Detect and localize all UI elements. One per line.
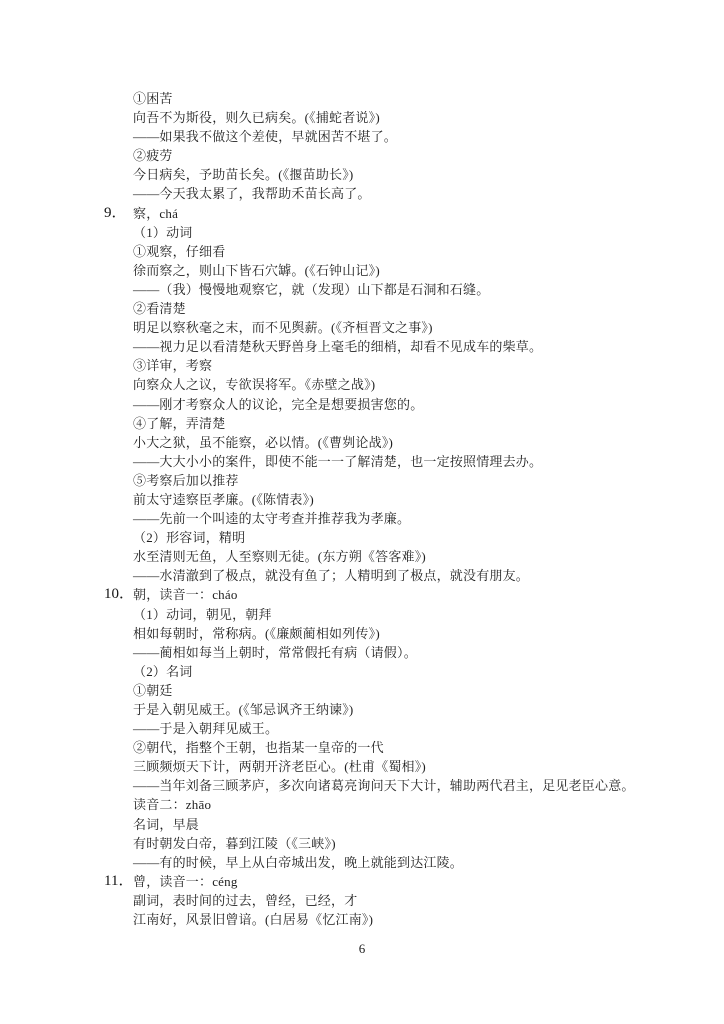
text-line: 明足以察秋毫之末，而不见舆薪。(《齐桓晋文之事》) — [0, 318, 724, 337]
line-text: ——大大小小的案件，即使不能一一了解清楚，也一定按照情理去办。 — [133, 452, 542, 471]
text-line: ——水清澈到了极点，就没有鱼了；人精明到了极点，就没有朋友。 — [0, 566, 724, 585]
text-line: ①朝廷 — [0, 681, 724, 700]
line-text: ⑤考察后加以推荐 — [133, 471, 239, 490]
line-text: 向吾不为斯役，则久已病矣。(《捕蛇者说》) — [133, 108, 380, 127]
text-line: ——今天我太累了，我帮助禾苗长高了。 — [0, 184, 724, 203]
entry-heading-line: 10．朝，读音一：cháo — [0, 585, 724, 604]
line-text: ①观察，仔细看 — [133, 242, 225, 261]
line-text: ③详审，考察 — [133, 356, 212, 375]
text-line: ——视力足以看清楚秋天野兽身上毫毛的细梢，却看不见成车的柴草。 — [0, 337, 724, 356]
document-body: ①困苦向吾不为斯役，则久已病矣。(《捕蛇者说》)——如果我不做这个差使，早就困苦… — [0, 89, 724, 929]
line-text: 三顾频烦天下计，两朝开济老臣心。(杜甫《蜀相》) — [133, 757, 426, 776]
line-text: 名词，早晨 — [133, 815, 199, 834]
text-line: 水至清则无鱼，人至察则无徒。(东方朔《答客难》) — [0, 547, 724, 566]
text-line: 江南好，风景旧曾谙。(白居易《忆江南》) — [0, 910, 724, 929]
line-text: 水至清则无鱼，人至察则无徒。(东方朔《答客难》) — [133, 547, 426, 566]
text-line: 名词，早晨 — [0, 815, 724, 834]
entry-number: 11． — [104, 872, 133, 891]
text-line: ②朝代，指整个王朝，也指某一皇帝的一代 — [0, 738, 724, 757]
line-text: ②看清楚 — [133, 299, 186, 318]
text-line: 副词，表时间的过去，曾经，已经，才 — [0, 891, 724, 910]
text-line: ——（我）慢慢地观察它，就（发现）山下都是石洞和石缝。 — [0, 280, 724, 299]
text-line: 徐而察之，则山下皆石穴罅。(《石钟山记》) — [0, 261, 724, 280]
text-line: （2）形容词，精明 — [0, 528, 724, 547]
line-text: ——今天我太累了，我帮助禾苗长高了。 — [133, 184, 371, 203]
entry-heading-line: 11．曾，读音一：céng — [0, 872, 724, 891]
line-text: 有时朝发白帝，暮到江陵（《三峡》) — [133, 834, 336, 853]
text-line: ③详审，考察 — [0, 356, 724, 375]
entry-number: 10． — [104, 585, 134, 604]
line-text: 小大之狱，虽不能察，必以情。(《曹刿论战》) — [133, 433, 393, 452]
text-line: ②疲劳 — [0, 146, 724, 165]
document-page: ①困苦向吾不为斯役，则久已病矣。(《捕蛇者说》)——如果我不做这个差使，早就困苦… — [0, 0, 724, 1024]
text-line: ——先前一个叫逵的太守考查并推荐我为孝廉。 — [0, 509, 724, 528]
line-text: 明足以察秋毫之末，而不见舆薪。(《齐桓晋文之事》) — [133, 318, 433, 337]
line-text: 今日病矣，予助苗长矣。(《揠苗助长》) — [133, 165, 353, 184]
line-text: ②疲劳 — [133, 146, 173, 165]
text-line: 相如每朝时，常称病。(《廉颇蔺相如列传》) — [0, 624, 724, 643]
text-line: ——蔺相如每当上朝时，常常假托有病（请假）。 — [0, 643, 724, 662]
text-line: ——于是入朝拜见威王。 — [0, 719, 724, 738]
line-text: 曾，读音一：céng — [133, 872, 238, 891]
entry-number: 9． — [104, 204, 127, 223]
text-line: 小大之狱，虽不能察，必以情。(《曹刿论战》) — [0, 433, 724, 452]
text-line: 三顾频烦天下计，两朝开济老臣心。(杜甫《蜀相》) — [0, 757, 724, 776]
line-text: 读音二：zhāo — [133, 795, 211, 814]
text-line: ②看清楚 — [0, 299, 724, 318]
line-text: （2）形容词，精明 — [133, 528, 245, 547]
line-text: 察，chá — [133, 204, 178, 223]
line-text: ——（我）慢慢地观察它，就（发现）山下都是石洞和石缝。 — [133, 280, 489, 299]
text-line: 向吾不为斯役，则久已病矣。(《捕蛇者说》) — [0, 108, 724, 127]
text-line: 向察众人之议，专欲误将军。《赤壁之战》) — [0, 375, 724, 394]
text-line: ⑤考察后加以推荐 — [0, 471, 724, 490]
line-text: ——水清澈到了极点，就没有鱼了；人精明到了极点，就没有朋友。 — [133, 566, 529, 585]
line-text: ①困苦 — [133, 89, 173, 108]
line-text: ——当年刘备三顾茅庐，多次向诸葛亮询问天下大计，辅助两代君主，足见老臣心意。 — [133, 776, 635, 795]
entry-heading-line: 9．察，chá — [0, 204, 724, 223]
text-line: 有时朝发白帝，暮到江陵（《三峡》) — [0, 834, 724, 853]
line-text: （1）动词 — [133, 223, 193, 242]
line-text: ——于是入朝拜见威王。 — [133, 719, 278, 738]
line-text: 于是入朝见威王。(《邹忌讽齐王纳谏》) — [133, 700, 353, 719]
line-text: ④了解，弄清楚 — [133, 414, 225, 433]
text-line: ——大大小小的案件，即使不能一一了解清楚，也一定按照情理去办。 — [0, 452, 724, 471]
line-text: ——有的时候，早上从白帝城出发，晚上就能到达江陵。 — [133, 853, 463, 872]
text-line: ——刚才考察众人的议论，完全是想要损害您的。 — [0, 395, 724, 414]
text-line: 今日病矣，予助苗长矣。(《揠苗助长》) — [0, 165, 724, 184]
text-line: 读音二：zhāo — [0, 795, 724, 814]
line-text: 徐而察之，则山下皆石穴罅。(《石钟山记》) — [133, 261, 380, 280]
line-text: ——先前一个叫逵的太守考查并推荐我为孝廉。 — [133, 509, 410, 528]
text-line: ——如果我不做这个差使，早就困苦不堪了。 — [0, 127, 724, 146]
text-line: ①观察，仔细看 — [0, 242, 724, 261]
line-text: ——蔺相如每当上朝时，常常假托有病（请假）。 — [133, 643, 417, 662]
text-line: （1）动词，朝见，朝拜 — [0, 605, 724, 624]
line-text: （1）动词，朝见，朝拜 — [133, 605, 272, 624]
line-text: 朝，读音一：cháo — [133, 585, 238, 604]
text-line: ④了解，弄清楚 — [0, 414, 724, 433]
text-line: （1）动词 — [0, 223, 724, 242]
line-text: 副词，表时间的过去，曾经，已经，才 — [133, 891, 357, 910]
page-number: 6 — [0, 941, 724, 957]
line-text: 江南好，风景旧曾谙。(白居易《忆江南》) — [133, 910, 373, 929]
line-text: ①朝廷 — [133, 681, 173, 700]
text-line: （2）名词 — [0, 662, 724, 681]
line-text: 相如每朝时，常称病。(《廉颇蔺相如列传》) — [133, 624, 380, 643]
line-text: ——视力足以看清楚秋天野兽身上毫毛的细梢，却看不见成车的柴草。 — [133, 337, 542, 356]
line-text: 向察众人之议，专欲误将军。《赤壁之战》) — [133, 375, 375, 394]
line-text: ——如果我不做这个差使，早就困苦不堪了。 — [133, 127, 397, 146]
text-line: 前太守逵察臣孝廉。(《陈情表》) — [0, 490, 724, 509]
line-text: ——刚才考察众人的议论，完全是想要损害您的。 — [133, 395, 423, 414]
line-text: ②朝代，指整个王朝，也指某一皇帝的一代 — [133, 738, 384, 757]
line-text: （2）名词 — [133, 662, 193, 681]
text-line: ——当年刘备三顾茅庐，多次向诸葛亮询问天下大计，辅助两代君主，足见老臣心意。 — [0, 776, 724, 795]
text-line: 于是入朝见威王。(《邹忌讽齐王纳谏》) — [0, 700, 724, 719]
text-line: ①困苦 — [0, 89, 724, 108]
line-text: 前太守逵察臣孝廉。(《陈情表》) — [133, 490, 314, 509]
text-line: ——有的时候，早上从白帝城出发，晚上就能到达江陵。 — [0, 853, 724, 872]
